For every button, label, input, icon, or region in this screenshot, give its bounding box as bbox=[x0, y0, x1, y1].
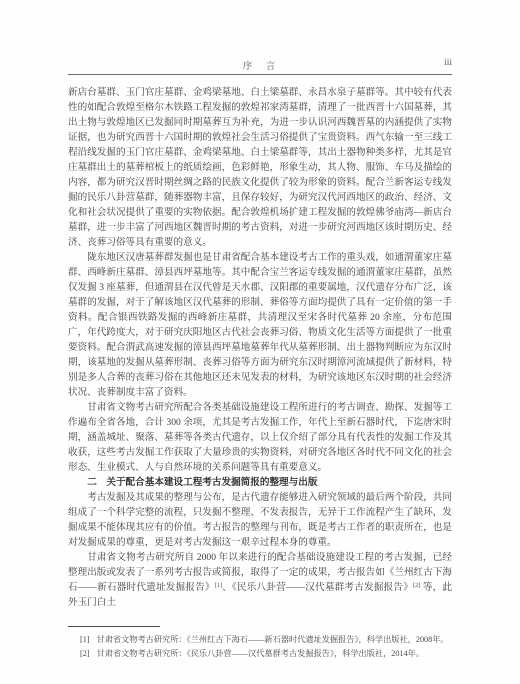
page-header: 序 言 iii bbox=[68, 58, 452, 72]
paragraph: 新店台墓群、玉门官庄墓群、金鸡梁墓地、白土梁墓群、永昌水泉子墓群等。其中较有代表… bbox=[68, 85, 452, 250]
document-page: 序 言 iii 新店台墓群、玉门官庄墓群、金鸡梁墓地、白土梁墓群、永昌水泉子墓群… bbox=[0, 0, 520, 684]
footnote-separator bbox=[68, 626, 160, 627]
footnote-marker: [1] bbox=[80, 635, 90, 644]
paragraph: 陇东地区汉唐墓葬群发掘也是甘肃省配合基本建设考古工作的重头戏，如通渭董家庄墓群、… bbox=[68, 250, 452, 400]
page-body: 新店台墓群、玉门官庄墓群、金鸡梁墓地、白土梁墓群、永昌水泉子墓群等。其中较有代表… bbox=[68, 85, 452, 610]
page-number: iii bbox=[444, 58, 452, 68]
paragraph: 甘肃省文物考古研究所配合各类基础设施建设工程所进行的考古调查、勘探、发掘等工作遍… bbox=[68, 400, 452, 475]
running-head: 序 言 bbox=[68, 58, 452, 72]
paragraph: 考古发掘及其成果的整理与公布，是古代遗存能够进入研究领域的最后两个阶段，共同组成… bbox=[68, 490, 452, 550]
footnote: [2]甘肃省文物考古研究所：《民乐八卦营——汉代墓群考古发掘报告》，科学出版社，… bbox=[68, 647, 452, 661]
footnote-ref: [2] bbox=[413, 582, 420, 589]
footnote-text: 甘肃省文物考古研究所：《民乐八卦营——汉代墓群考古发掘报告》，科学出版社，201… bbox=[97, 649, 425, 658]
header-rule bbox=[68, 74, 452, 75]
paragraph: 甘肃省文物考古研究所自 2000 年以来进行的配合基础设施建设工程的考古发掘，已… bbox=[68, 550, 452, 610]
footnote: [1]甘肃省文物考古研究所：《兰州红古下海石——新石器时代遗址发掘报告》，科学出… bbox=[68, 633, 452, 647]
footnote-marker: [2] bbox=[80, 649, 90, 658]
footnote-text: 甘肃省文物考古研究所：《兰州红古下海石——新石器时代遗址发掘报告》，科学出版社，… bbox=[97, 635, 449, 644]
section-heading: 二 关于配合基本建设工程考古发掘简报的整理与出版 bbox=[68, 475, 452, 490]
footnotes: [1]甘肃省文物考古研究所：《兰州红古下海石——新石器时代遗址发掘报告》，科学出… bbox=[68, 633, 452, 661]
footnote-ref: [1] bbox=[215, 582, 222, 589]
